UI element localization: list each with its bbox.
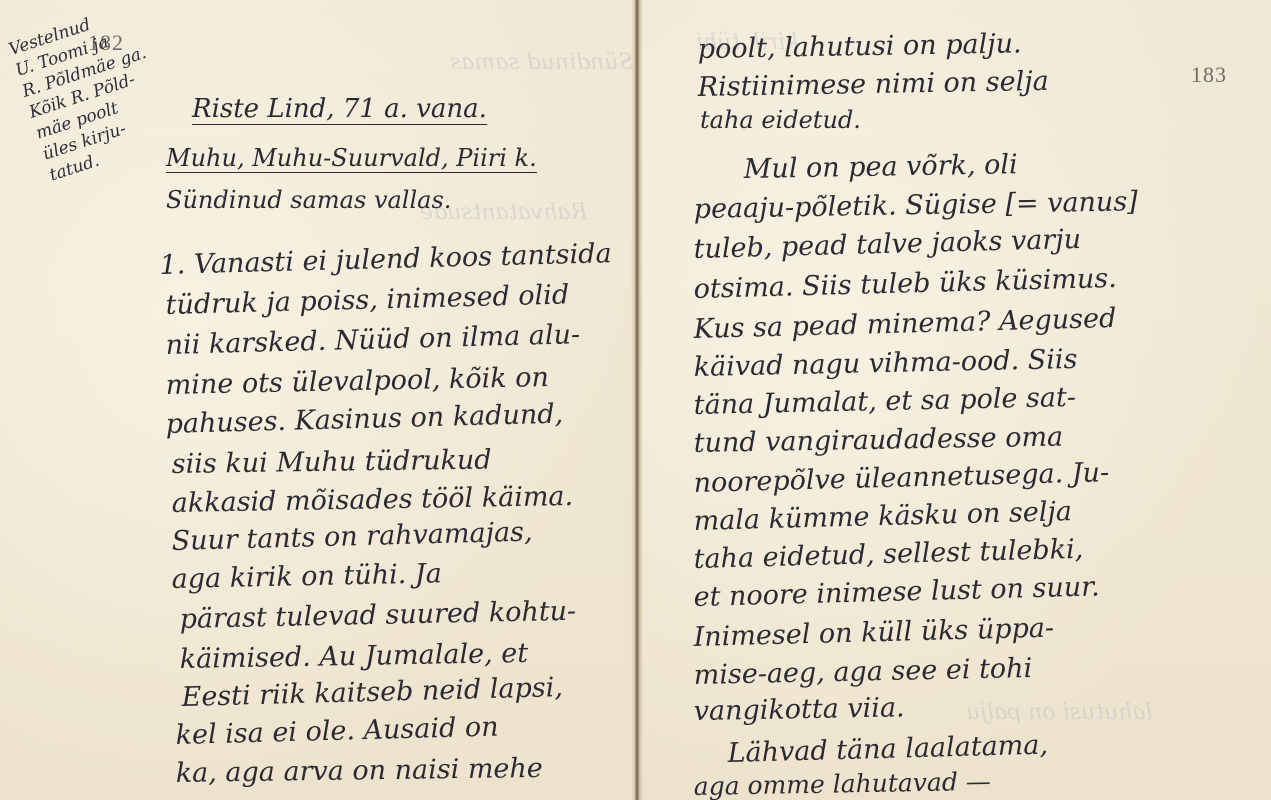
left-page: Sündinud samas Rahvatantsude 182 Vesteln… (0, 0, 636, 800)
text-line: aga omme lahutavad — (694, 769, 991, 799)
text-line: peaaju-põletik. Sügise [= vanus] (694, 188, 1138, 223)
notebook-spread: Sündinud samas Rahvatantsude 182 Vesteln… (0, 0, 1271, 800)
text-line: 1. Vanasti ei julend koos tantsida (159, 240, 612, 279)
text-line: nii karsked. Nüüd on ilma alu- (165, 321, 580, 359)
text-line: Inimesel on küll üks üppa- (693, 615, 1054, 651)
text-line: käivad nagu vihma-ood. Siis (693, 346, 1077, 381)
text-line: noorepõlve üleannetusega. Ju- (693, 459, 1109, 497)
text-line: Suur tants on rahvamajas, (171, 519, 533, 555)
text-line: otsima. Siis tuleb üks küsimus. (693, 265, 1117, 303)
text-line: taha eidetud, sellest tulebki, (693, 536, 1083, 573)
text-line: mise-aeg, aga see ei tohi (693, 655, 1032, 689)
birthplace-line: Sündinud samas vallas. (166, 188, 451, 212)
right-page: kirik tühi lahutusi on palju 183 poolt, … (636, 0, 1271, 800)
text-line: pärast tulevad suured kohtu- (179, 598, 576, 633)
text-line: Mul on pea võrk, oli (744, 151, 1018, 183)
text-line: Eesti riik kaitseb neid lapsi, (181, 674, 563, 711)
text-line: tund vangiraudadesse oma (694, 424, 1064, 457)
text-line: mala kümme käsku on selja (693, 498, 1072, 535)
informant-heading: Riste Lind, 71 a. vana. (192, 96, 487, 125)
text-line: taha eidetud. (700, 108, 861, 132)
text-line: Lähvad täna laalatama, (727, 732, 1048, 767)
page-number-right: 183 (1191, 62, 1227, 88)
text-line: Kus sa pead minema? Aegused (693, 305, 1116, 343)
text-line: siis kui Muhu tüdrukud (172, 447, 492, 478)
text-line: mine ots ülevalpool, kõik on (165, 364, 549, 399)
text-line: Ristiinimese nimi on selja (698, 68, 1049, 101)
bleed-through-text: lahutusi on palju (966, 700, 1152, 725)
book-gutter (631, 0, 643, 800)
text-line: kel isa ei ole. Ausaid on (175, 714, 499, 749)
text-line: poolt, lahutusi on palju. (698, 30, 1022, 63)
margin-note: Vestelnud U. Toomi ja R. Põldmäe ga. Kõi… (6, 0, 176, 186)
text-line: täna Jumalat, et sa pole sat- (693, 384, 1076, 419)
text-line: vangikotta viia. (694, 694, 905, 725)
text-line: pahuses. Kasinus on kadund, (165, 401, 563, 438)
text-line: käimised. Au Jumalale, et (180, 640, 529, 673)
text-line: ka, aga arva on naisi mehe (176, 755, 543, 787)
location-heading: Muhu, Muhu-Suurvald, Piiri k. (166, 146, 537, 173)
text-line: akkasid mõisades tööl käima. (172, 483, 574, 517)
bleed-through-text: Sündinud samas (450, 50, 634, 75)
text-line: tüdruk ja poiss, inimesed olid (165, 281, 569, 319)
text-line: aga kirik on tühi. Ja (171, 560, 442, 593)
text-line: et noore inimese lust on suur. (693, 573, 1100, 611)
text-line: tuleb, pead talve jaoks varju (693, 226, 1081, 263)
